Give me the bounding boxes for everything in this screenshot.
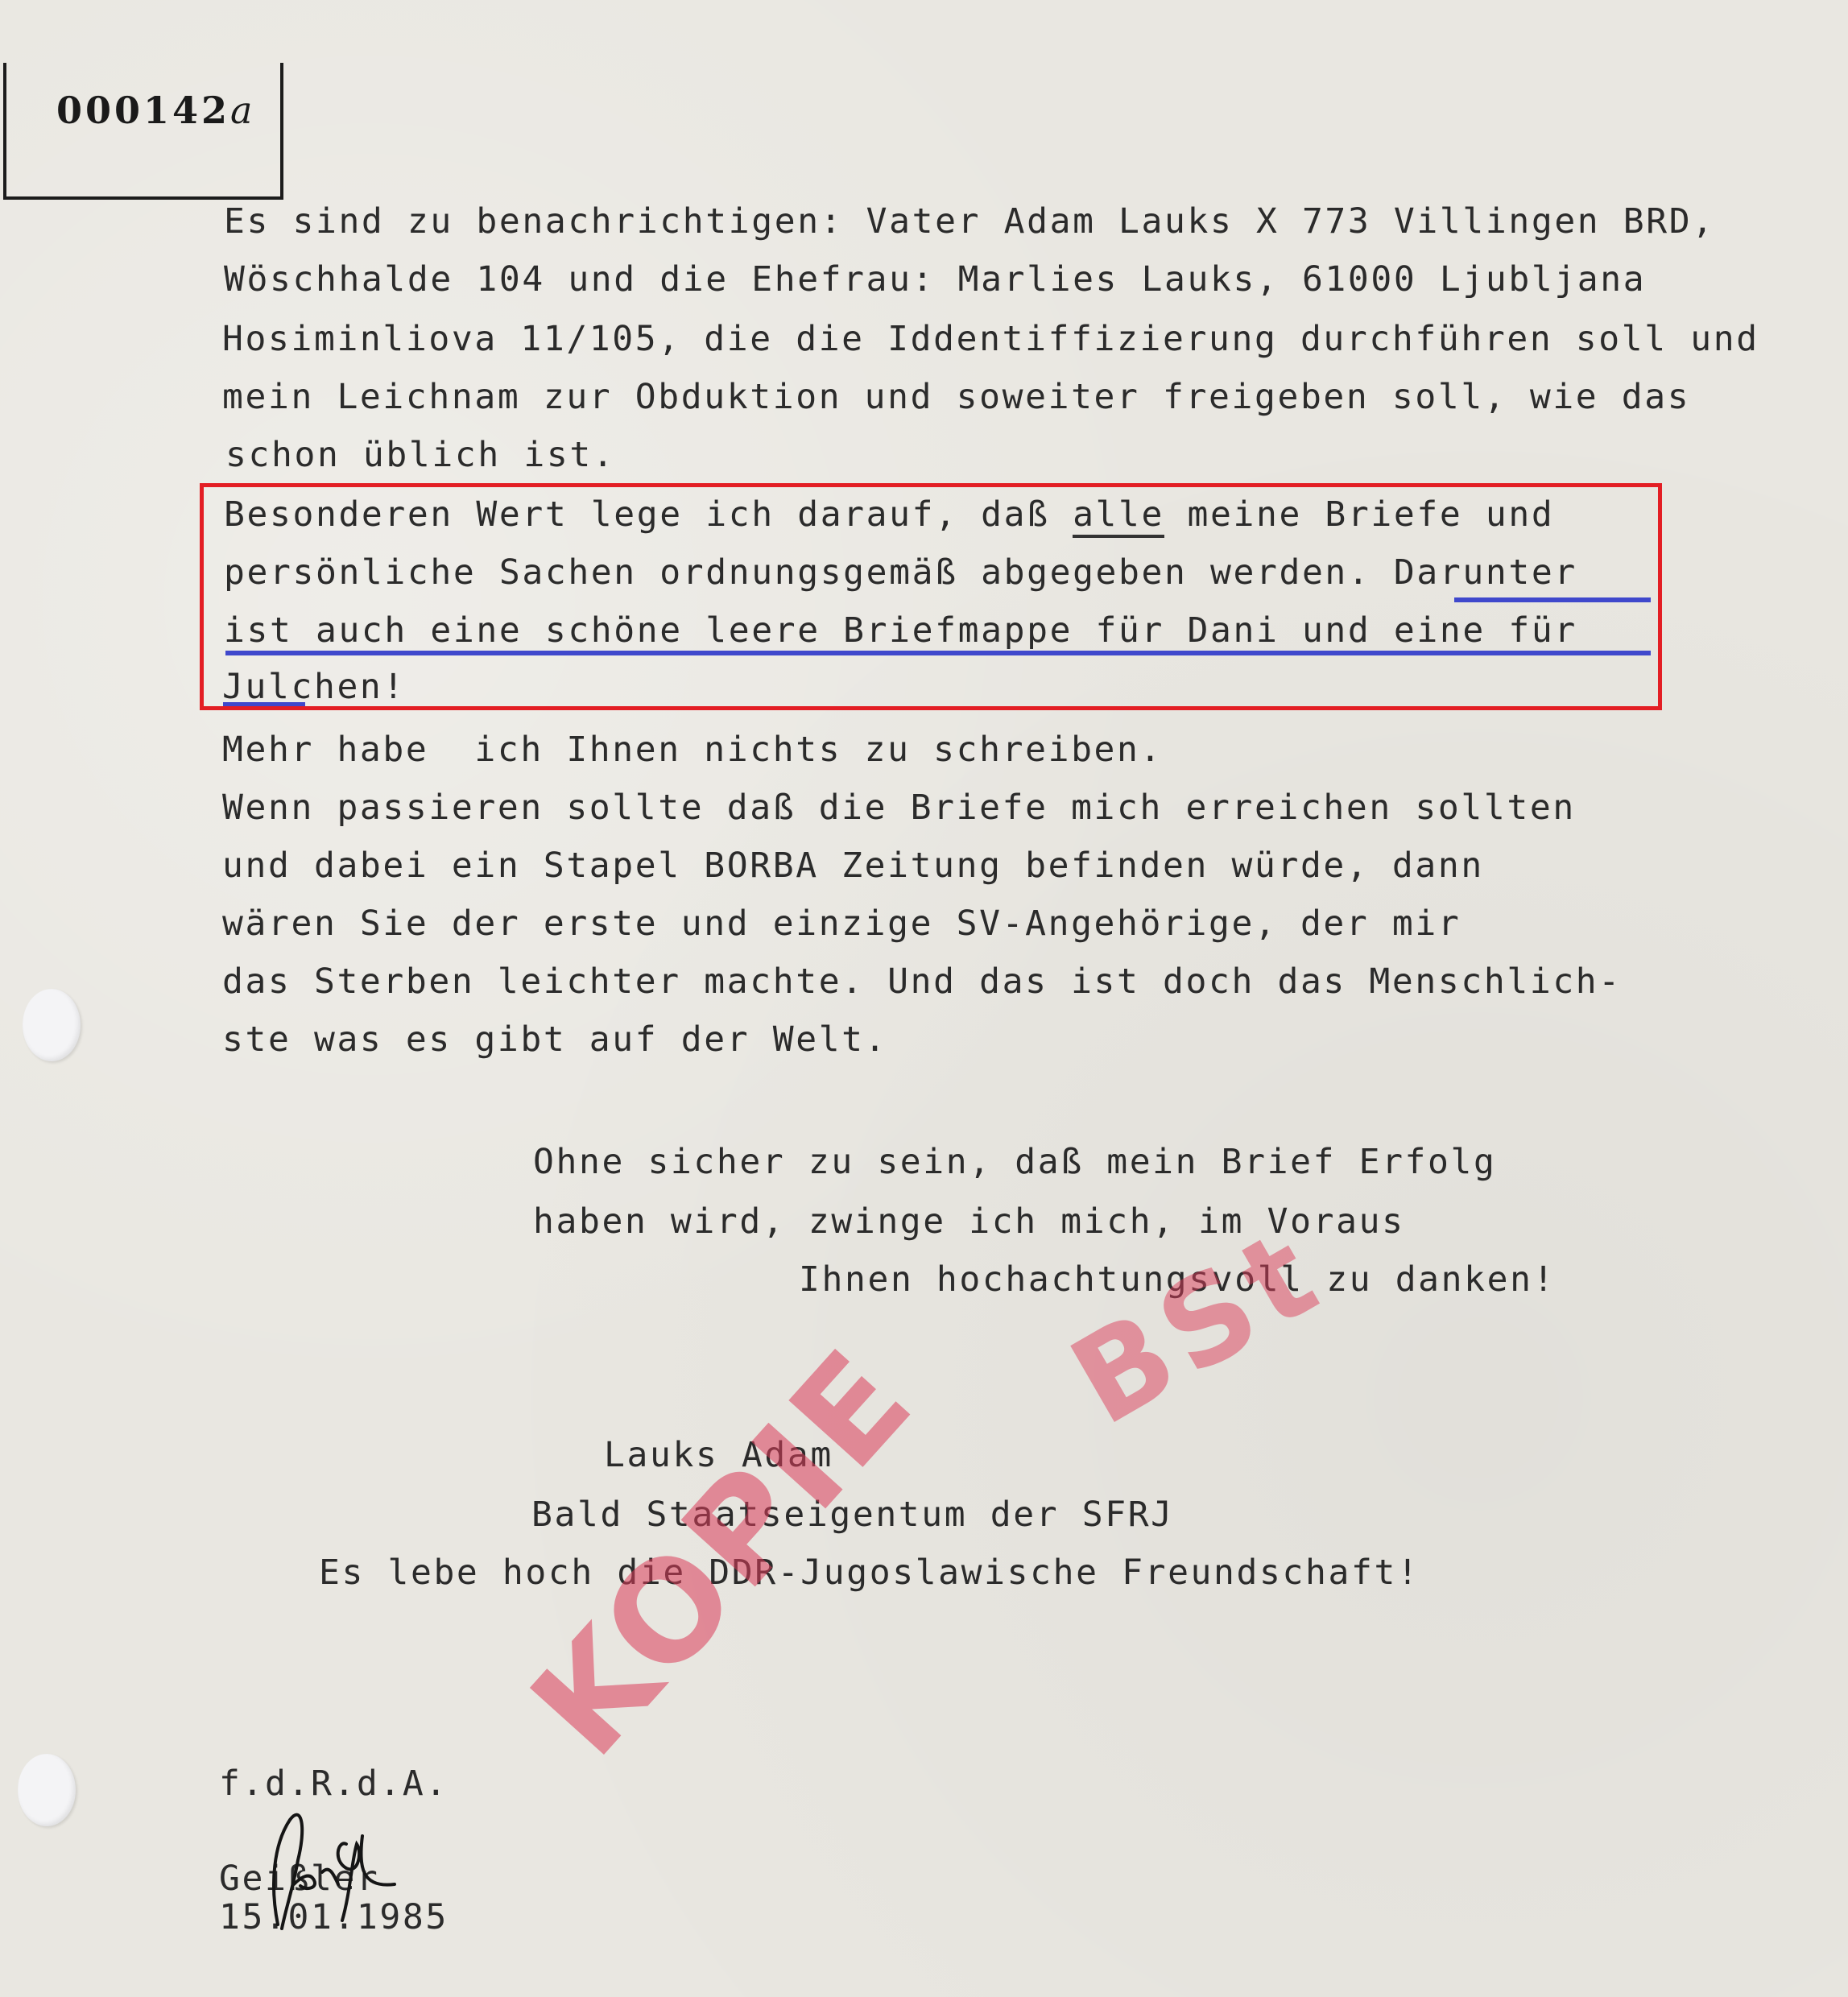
- text-segment: meine Briefe und: [1164, 494, 1554, 535]
- punch-hole: [23, 989, 81, 1061]
- signoff-line: Es lebe hoch die DDR-Jugoslawische Freun…: [319, 1553, 1420, 1593]
- document-number: 000142a: [56, 89, 255, 132]
- text-line: das Sterben leichter machte. Und das ist…: [222, 961, 1622, 1002]
- highlight-line-4: Julchen!: [222, 667, 406, 707]
- highlight-line-1: Besonderen Wert lege ich darauf, daß all…: [224, 494, 1554, 535]
- text-line: Mehr habe ich Ihnen nichts zu schreiben.: [222, 730, 1163, 770]
- punch-hole: [18, 1754, 76, 1826]
- document-number-digits: 000142: [56, 89, 230, 132]
- blue-underline: [223, 702, 305, 706]
- text-line: Es sind zu benachrichtigen: Vater Adam L…: [224, 201, 1715, 242]
- highlight-line-3: ist auch eine schöne leere Briefmappe fü…: [224, 610, 1577, 651]
- handwritten-signature-icon: [262, 1796, 423, 1941]
- blue-underline: [225, 651, 1651, 655]
- document-number-suffix: a: [230, 89, 255, 132]
- typed-underline-word: alle: [1073, 494, 1164, 538]
- text-line: ste was es gibt auf der Welt.: [222, 1019, 887, 1060]
- text-line: schon üblich ist.: [225, 435, 615, 475]
- text-line: und dabei ein Stapel BORBA Zeitung befin…: [222, 846, 1484, 886]
- text-line: mein Leichnam zur Obduktion und soweiter…: [222, 377, 1690, 417]
- closing-line: Ohne sicher zu sein, daß mein Brief Erfo…: [533, 1142, 1497, 1182]
- text-line: Wenn passieren sollte daß die Briefe mic…: [222, 788, 1576, 828]
- text-line: Hosiminliova 11/105, die die Iddentiffiz…: [222, 319, 1759, 359]
- text-segment: Besonderen Wert lege ich darauf, daß: [224, 494, 1073, 535]
- blue-underline: [1454, 597, 1651, 602]
- text-line: wären Sie der erste und einzige SV-Angeh…: [222, 903, 1461, 944]
- highlight-line-2: persönliche Sachen ordnungsgemäß abgegeb…: [224, 552, 1577, 593]
- text-line: Wöschhalde 104 und die Ehefrau: Marlies …: [224, 259, 1646, 300]
